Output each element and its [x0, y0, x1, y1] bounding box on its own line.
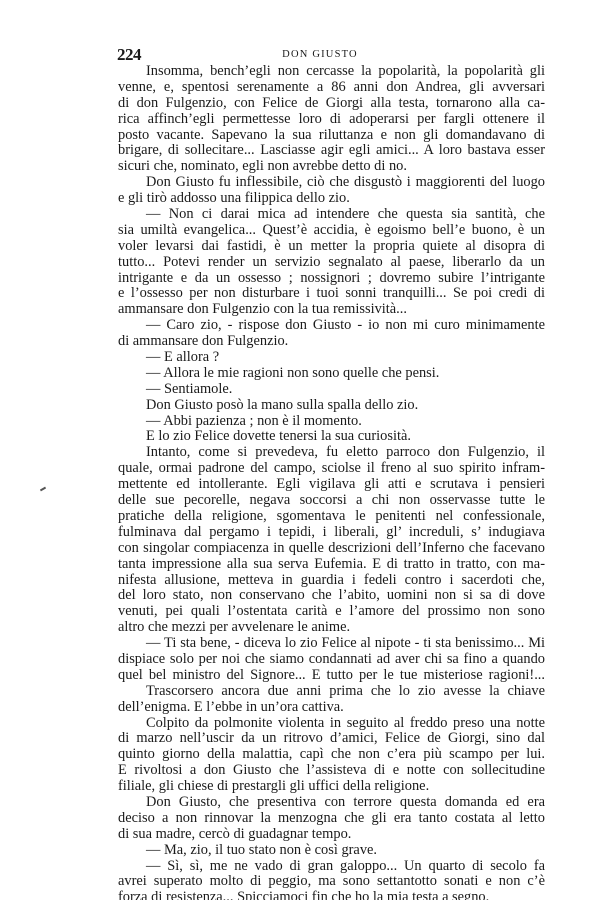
text-line: nifesta allusione, metteva in guardia i … — [118, 573, 545, 589]
text-line: fulminava dal pergamo i tepidi, i libera… — [118, 525, 545, 541]
text-line: E lo zio Felice dovette tenersi la sua c… — [118, 429, 545, 445]
text-line: — Ma, zio, il tuo stato non è così grave… — [118, 843, 545, 859]
text-line: sia umiltà evangelica... Quest’è accidia… — [118, 223, 545, 239]
text-line: ammansare don Fulgenzio con la tua remis… — [118, 302, 545, 318]
text-line: avrei superato molto di peggio, ma sono … — [118, 874, 545, 890]
text-line: pratiche della religione, sgomentava le … — [118, 509, 545, 525]
text-line: — Abbi pazienza ; non è il momento. — [118, 414, 545, 430]
text-line: e gli tirò addosso una filippica dello z… — [118, 191, 545, 207]
text-line: di ammansare don Fulgenzio. — [118, 334, 545, 350]
text-line: — Allora le mie ragioni non sono quelle … — [118, 366, 545, 382]
text-line: posto vacante. Sapevano la sua riluttanz… — [118, 128, 545, 144]
text-line: quinto giorno della malattia, capì che n… — [118, 747, 545, 763]
running-title: DON GIUSTO — [0, 49, 615, 60]
text-line: Trascorsero ancora due anni prima che lo… — [118, 684, 545, 700]
text-line: — Caro zio, - rispose don Giusto - io no… — [118, 318, 545, 334]
text-line: Colpito da polmonite violenta in seguito… — [118, 716, 545, 732]
text-line: dispiace solo per noi che siamo condanna… — [118, 652, 545, 668]
text-line: quel bel ministro del Signore... E tutto… — [118, 668, 545, 684]
text-line: — Sentiamole. — [118, 382, 545, 398]
text-line: Don Giusto posò la mano sulla spalla del… — [118, 398, 545, 414]
text-line: — Non ci darai mica ad intendere che que… — [118, 207, 545, 223]
text-line: tanta impressione alla sua serva Eufemia… — [118, 557, 545, 573]
text-line: mettente ed intollerante. Egli vigilava … — [118, 477, 545, 493]
text-line: altro che mezzi per avvelenare le anime. — [118, 620, 545, 636]
text-line: di marzo nell’uscir da un ritrovo d’amic… — [118, 731, 545, 747]
text-line: E rivoltosi a don Giusto che l’assisteva… — [118, 763, 545, 779]
text-line: voler levarsi dai fastidi, è un metter l… — [118, 239, 545, 255]
text-line: Don Giusto, che presentiva con terrore q… — [118, 795, 545, 811]
text-line: — E allora ? — [118, 350, 545, 366]
text-line: e l’ossesso per non disturbare i tuoi so… — [118, 286, 545, 302]
text-line: deciso a non rinnovar la menzogna che gl… — [118, 811, 545, 827]
text-line: Intanto, come si prevedeva, fu eletto pa… — [118, 445, 545, 461]
margin-mark — [40, 487, 46, 492]
text-line: rica affinch’egli permettesse loro di ad… — [118, 112, 545, 128]
text-line: con singolar compiacenza in quelle descr… — [118, 541, 545, 557]
text-line: forza di resistenza... Spicciamoci fin c… — [118, 890, 545, 900]
text-line: del loro stato, non conservano che l’abi… — [118, 588, 545, 604]
text-line: di sua madre, cercò di guadagnar tempo. — [118, 827, 545, 843]
text-line: sicuri che, nominato, egli non avrebbe d… — [118, 159, 545, 175]
text-line: dell’enigma. E l’ebbe in un’ora cattiva. — [118, 700, 545, 716]
text-line: filiale, gli chiese di prestargli gli uf… — [118, 779, 545, 795]
text-line: quale, ormai padrone del campo, sciolse … — [118, 461, 545, 477]
text-line: intrigante e da un ossesso ; nossignori … — [118, 271, 545, 287]
text-line: tutto... Potevi render un servizio segna… — [118, 255, 545, 271]
text-line: delle sue pecorelle, negava soccorsi a c… — [118, 493, 545, 509]
text-line: Insomma, bench’egli non cercasse la popo… — [118, 64, 545, 80]
text-line: brigare, di sollecitare... Lasciasse agi… — [118, 143, 545, 159]
text-line: — Ti sta bene, - diceva lo zio Felice al… — [118, 636, 545, 652]
text-line: venuti, pei quali l’ostentata carità e l… — [118, 604, 545, 620]
body-text: Insomma, bench’egli non cercasse la popo… — [118, 64, 545, 900]
text-line: venne, e, spentosi serenamente a 86 anni… — [118, 80, 545, 96]
text-line: di don Fulgenzio, con Felice de Giorgi a… — [118, 96, 545, 112]
text-line: Don Giusto fu inflessibile, ciò che disg… — [118, 175, 545, 191]
text-line: — Sì, sì, me ne vado di gran galoppo... … — [118, 859, 545, 875]
